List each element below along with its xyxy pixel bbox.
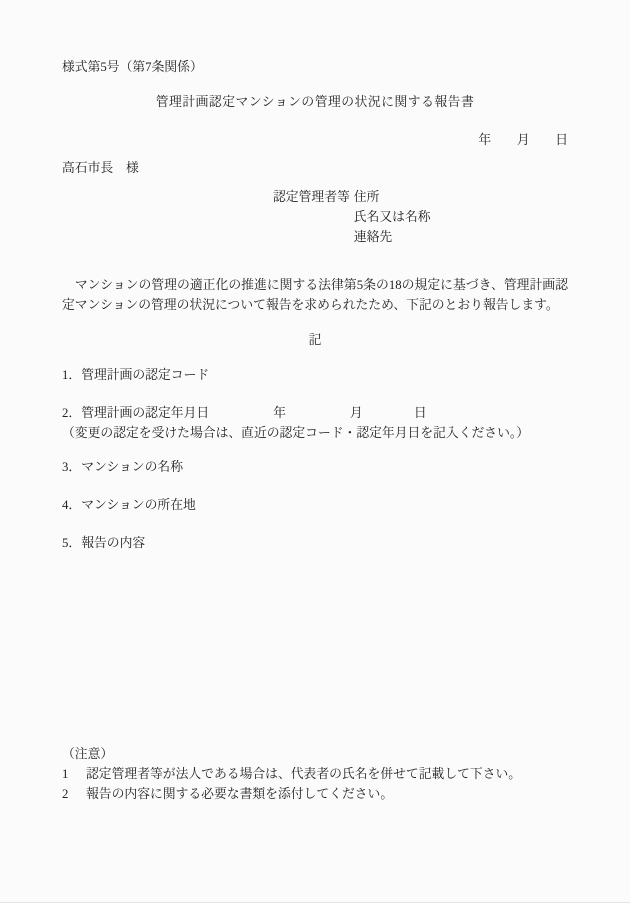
addressee: 高石市長 様 xyxy=(62,158,568,178)
form-number: 様式第5号（第7条関係） xyxy=(62,57,568,77)
sender-fields: 住所 氏名又は名称 連絡先 xyxy=(354,187,431,247)
document-page: 様式第5号（第7条関係） 管理計画認定マンションの管理の状況に関する報告書 年 … xyxy=(0,0,630,903)
item-report-content: 5．報告の内容 xyxy=(62,533,568,553)
note-text: 報告の内容に関する必要な書類を添付してください。 xyxy=(86,784,568,804)
item-certification-code: 1．管理計画の認定コード xyxy=(62,365,568,385)
record-marker: 記 xyxy=(62,330,568,350)
notes-block: （注意） 1 認定管理者等が法人である場合は、代表者の氏名を併せて記載して下さい… xyxy=(62,744,568,804)
sender-field-contact: 連絡先 xyxy=(354,227,431,247)
notes-heading: （注意） xyxy=(62,744,568,764)
note-item-1: 1 認定管理者等が法人である場合は、代表者の氏名を併せて記載して下さい。 xyxy=(62,764,568,784)
item-mansion-name: 3．マンションの名称 xyxy=(62,457,568,477)
note-item-2: 2 報告の内容に関する必要な書類を添付してください。 xyxy=(62,784,568,804)
item-mansion-address: 4．マンションの所在地 xyxy=(62,495,568,515)
sender-field-address: 住所 xyxy=(354,187,431,207)
note-text: 認定管理者等が法人である場合は、代表者の氏名を併せて記載して下さい。 xyxy=(86,764,568,784)
note-number: 2 xyxy=(62,784,86,804)
sender-block: 認定管理者等 住所 氏名又は名称 連絡先 xyxy=(273,187,568,247)
item-certification-date-note: （変更の認定を受けた場合は、直近の認定コード・認定年月日を記入ください。） xyxy=(62,423,568,443)
item-certification-date: 2．管理計画の認定年月日 年 月 日 xyxy=(62,403,568,423)
date-line: 年 月 日 xyxy=(62,130,568,150)
sender-field-name: 氏名又は名称 xyxy=(354,207,431,227)
body-paragraph: マンションの管理の適正化の推進に関する法律第5条の18の規定に基づき、管理計画認… xyxy=(62,275,568,315)
document-title: 管理計画認定マンションの管理の状況に関する報告書 xyxy=(62,92,568,112)
sender-label: 認定管理者等 xyxy=(273,187,350,247)
note-number: 1 xyxy=(62,764,86,784)
